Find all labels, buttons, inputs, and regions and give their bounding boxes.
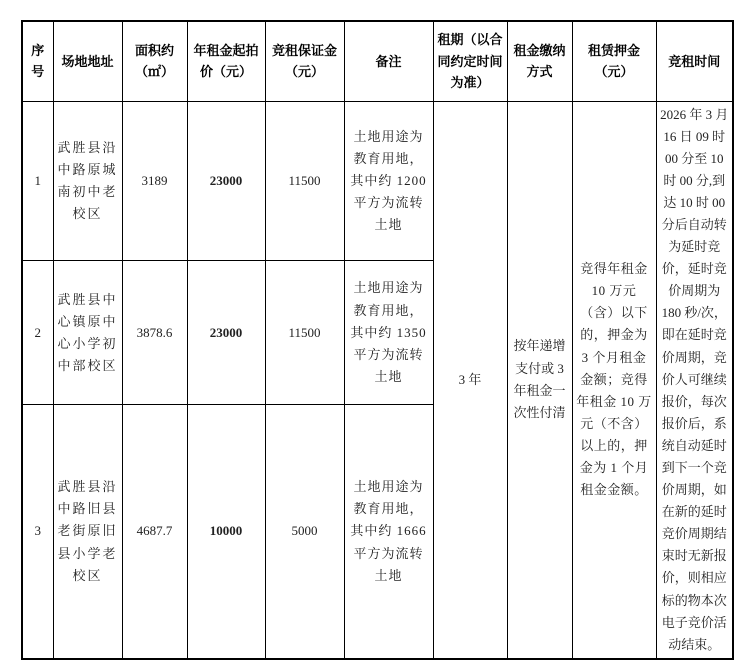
col-header-start-price: 年租金起拍价（元） — [187, 21, 265, 101]
row3-start-price: 10000 — [187, 405, 265, 659]
row1-serial: 1 — [22, 101, 53, 261]
row3-area: 4687.7 — [122, 405, 187, 659]
table-row-1: 1 武胜县沿中路原城南初中老校区 3189 23000 11500 土地用途为教… — [22, 101, 733, 261]
row2-area: 3878.6 — [122, 261, 187, 405]
col-header-area: 面积约（㎡） — [122, 21, 187, 101]
lease-bidding-table: 序号 场地地址 面积约（㎡） 年租金起拍价（元） 竞租保证金（元） 备注 租期（… — [21, 20, 734, 660]
row3-serial: 3 — [22, 405, 53, 659]
row2-bid-deposit: 11500 — [265, 261, 344, 405]
merged-lease-term: 3 年 — [433, 101, 507, 659]
row1-area: 3189 — [122, 101, 187, 261]
page-background: 序号 场地地址 面积约（㎡） 年租金起拍价（元） 竞租保证金（元） 备注 租期（… — [0, 0, 735, 671]
merged-bidding-time: 2026 年 3 月 16 日 09 时 00 分至 10 时 00 分,到达 … — [656, 101, 733, 659]
merged-lease-deposit: 竞得年租金 10 万元（含）以下的，押金为 3 个月租金金额；竞得年租金 10 … — [572, 101, 656, 659]
row3-remark: 土地用途为教育用地，其中约 1666 平方为流转土地 — [344, 405, 433, 659]
row3-address: 武胜县沿中路旧县老街原旧县小学老校区 — [53, 405, 122, 659]
col-header-remark: 备注 — [344, 21, 433, 101]
row1-bid-deposit: 11500 — [265, 101, 344, 261]
col-header-lease-deposit: 租赁押金（元） — [572, 21, 656, 101]
row1-remark: 土地用途为教育用地，其中约 1200 平方为流转土地 — [344, 101, 433, 261]
merged-payment-method: 按年递增支付或 3 年租金一次性付清 — [507, 101, 572, 659]
row2-start-price: 23000 — [187, 261, 265, 405]
row2-serial: 2 — [22, 261, 53, 405]
row1-address: 武胜县沿中路原城南初中老校区 — [53, 101, 122, 261]
row1-start-price: 23000 — [187, 101, 265, 261]
row2-remark: 土地用途为教育用地，其中约 1350 平方为流转土地 — [344, 261, 433, 405]
row2-address: 武胜县中心镇原中心小学初中部校区 — [53, 261, 122, 405]
col-header-lease-term: 租期（以合同约定时间为准） — [433, 21, 507, 101]
header-row: 序号 场地地址 面积约（㎡） 年租金起拍价（元） 竞租保证金（元） 备注 租期（… — [22, 21, 733, 101]
col-header-serial: 序号 — [22, 21, 53, 101]
col-header-bid-deposit: 竞租保证金（元） — [265, 21, 344, 101]
col-header-address: 场地地址 — [53, 21, 122, 101]
col-header-payment-method: 租金缴纳方式 — [507, 21, 572, 101]
row3-bid-deposit: 5000 — [265, 405, 344, 659]
col-header-bidding-time: 竞租时间 — [656, 21, 733, 101]
